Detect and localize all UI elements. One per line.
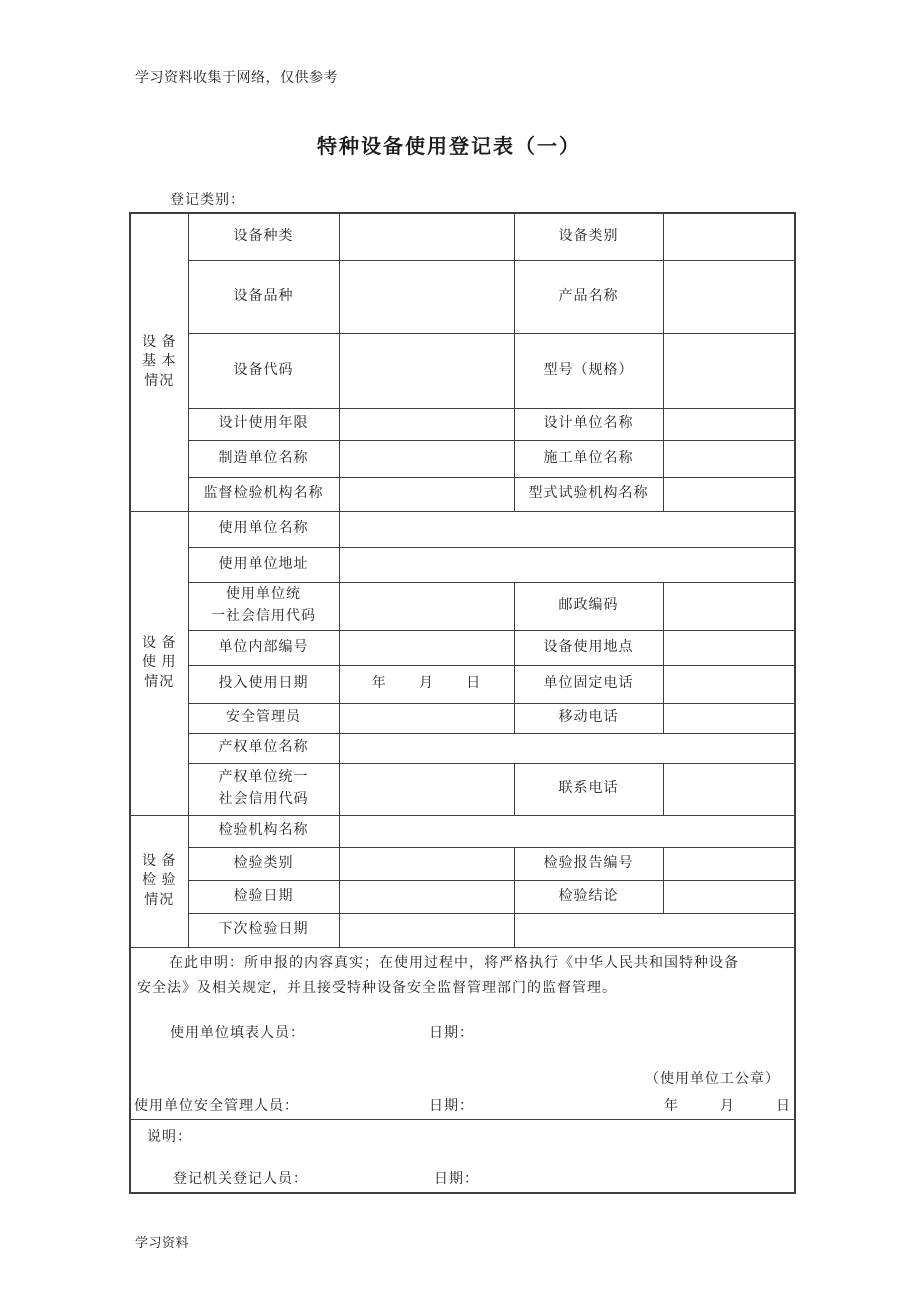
company-seal-note: （使用单位工公章）	[645, 1070, 780, 1090]
field-label-postal-code: 邮政编码	[514, 582, 663, 630]
field-label-contact-phone: 联系电话	[514, 763, 663, 815]
value-cell	[339, 260, 514, 333]
field-label-line: 一社会信用代码	[189, 606, 339, 628]
field-label-line: 产权单位统一	[189, 767, 339, 789]
value-cell	[663, 477, 795, 511]
value-cell	[663, 847, 795, 880]
page-title: 特种设备使用登记表（一）	[0, 130, 898, 159]
field-label-inspection-category: 检验类别	[188, 847, 339, 880]
field-label-inspection-report-number: 检验报告编号	[514, 847, 663, 880]
section-label-basic-info: 设 备 基 本 情况	[130, 213, 188, 511]
field-label-internal-number: 单位内部编号	[188, 630, 339, 665]
section-label-line: 设 备	[131, 634, 188, 654]
field-label-device-use-location: 设备使用地点	[514, 630, 663, 665]
notes-cell: 说明： 登记机关登记人员： 日期：	[130, 1119, 795, 1193]
field-label-supervision-inspection-org: 监督检验机构名称	[188, 477, 339, 511]
field-label-inspection-date: 检验日期	[188, 880, 339, 913]
field-label-safety-manager: 安全管理员	[188, 703, 339, 733]
field-label-line: 使用单位统	[189, 584, 339, 606]
field-label-commission-date: 投入使用日期	[188, 665, 339, 703]
field-label-unit-landline-phone: 单位固定电话	[514, 665, 663, 703]
value-cell	[663, 630, 795, 665]
value-cell	[339, 440, 514, 477]
field-label-property-unit-credit-code: 产权单位统一 社会信用代码	[188, 763, 339, 815]
value-cell	[339, 847, 514, 880]
value-cell	[663, 880, 795, 913]
field-label-mobile-phone: 移动电话	[514, 703, 663, 733]
value-cell	[663, 665, 795, 703]
value-cell	[339, 763, 514, 815]
value-cell	[339, 333, 514, 408]
field-label-design-service-life: 设计使用年限	[188, 408, 339, 440]
value-cell	[339, 213, 514, 260]
field-label-device-variety: 设备品种	[188, 260, 339, 333]
value-cell	[663, 440, 795, 477]
field-label-device-code: 设备代码	[188, 333, 339, 408]
value-cell	[663, 703, 795, 733]
value-cell	[339, 733, 795, 763]
field-label-next-inspection-date: 下次检验日期	[188, 913, 339, 947]
section-label-line: 使 用	[131, 653, 188, 673]
field-label-device-category: 设备类别	[514, 213, 663, 260]
section-label-line: 设 备	[131, 852, 188, 872]
field-label-product-name: 产品名称	[514, 260, 663, 333]
section-label-line: 检 验	[131, 871, 188, 891]
value-cell	[339, 582, 514, 630]
registrar-label: 登记机关登记人员：	[173, 1170, 308, 1190]
top-watermark-note: 学习资料收集于网络，仅供参考	[135, 67, 338, 87]
safety-manager-sign-label: 使用单位安全管理人员：	[134, 1097, 299, 1117]
notes-label: 说明：	[147, 1128, 192, 1148]
day-placeholder: 日	[466, 674, 481, 694]
safety-manager-date-label: 日期：	[429, 1097, 474, 1117]
value-cell	[339, 511, 795, 547]
value-cell	[339, 547, 795, 582]
value-cell	[663, 582, 795, 630]
section-label-line: 基 本	[131, 352, 188, 372]
field-label-user-unit-credit-code: 使用单位统 一社会信用代码	[188, 582, 339, 630]
field-label-device-kind: 设备种类	[188, 213, 339, 260]
value-cell	[663, 260, 795, 333]
declaration-text-line1: 在此申明：所申报的内容真实；在使用过程中，将严格执行《中华人民共和国特种设备	[169, 954, 739, 974]
field-label-property-unit-name: 产权单位名称	[188, 733, 339, 763]
section-label-line: 情况	[131, 673, 188, 693]
value-cell	[339, 815, 795, 847]
month-placeholder: 月	[419, 674, 434, 694]
value-cell	[339, 703, 514, 733]
section-label-usage-info: 设 备 使 用 情况	[130, 511, 188, 815]
field-label-inspection-conclusion: 检验结论	[514, 880, 663, 913]
value-cell	[514, 913, 795, 947]
field-label-manufacturer-name: 制造单位名称	[188, 440, 339, 477]
value-cell	[339, 880, 514, 913]
value-cell	[663, 408, 795, 440]
declaration-text-line2: 安全法》及相关规定，并且接受特种设备安全监督管理部门的监督管理。	[137, 979, 617, 999]
preparer-label: 使用单位填表人员：	[170, 1024, 305, 1044]
field-label-type-test-org: 型式试验机构名称	[514, 477, 663, 511]
field-label-model-spec: 型号（规格）	[514, 333, 663, 408]
declaration-cell: 在此申明：所申报的内容真实；在使用过程中，将严格执行《中华人民共和国特种设备 安…	[130, 947, 795, 1119]
value-cell	[339, 408, 514, 440]
preparer-date-label: 日期：	[429, 1024, 474, 1044]
value-cell	[339, 913, 514, 947]
registration-form-table: 设 备 基 本 情况 设备种类 设备类别 设备品种 产品名称 设备代码 型号（规…	[129, 212, 796, 1194]
day-placeholder: 日	[776, 1097, 790, 1117]
bottom-watermark-note: 学习资料	[135, 1232, 189, 1251]
field-label-line: 社会信用代码	[189, 789, 339, 811]
value-cell	[339, 630, 514, 665]
year-placeholder: 年	[664, 1097, 678, 1117]
value-cell	[663, 213, 795, 260]
section-label-inspection-info: 设 备 检 验 情况	[130, 815, 188, 947]
section-label-line: 情况	[131, 891, 188, 911]
value-cell	[663, 333, 795, 408]
field-label-inspection-org-name: 检验机构名称	[188, 815, 339, 847]
year-placeholder: 年	[372, 674, 387, 694]
commission-date-placeholder-cell: 年 月 日	[339, 665, 514, 703]
value-cell	[663, 763, 795, 815]
section-label-line: 设 备	[131, 333, 188, 353]
sign-date-placeholder: 年 月 日	[664, 1097, 790, 1117]
field-label-design-unit-name: 设计单位名称	[514, 408, 663, 440]
field-label-user-unit-name: 使用单位名称	[188, 511, 339, 547]
month-placeholder: 月	[720, 1097, 734, 1117]
field-label-user-unit-address: 使用单位地址	[188, 547, 339, 582]
section-label-line: 情况	[131, 372, 188, 392]
field-label-construction-unit-name: 施工单位名称	[514, 440, 663, 477]
registration-category-label: 登记类别：	[170, 189, 245, 209]
value-cell	[339, 477, 514, 511]
registrar-date-label: 日期：	[434, 1170, 479, 1190]
